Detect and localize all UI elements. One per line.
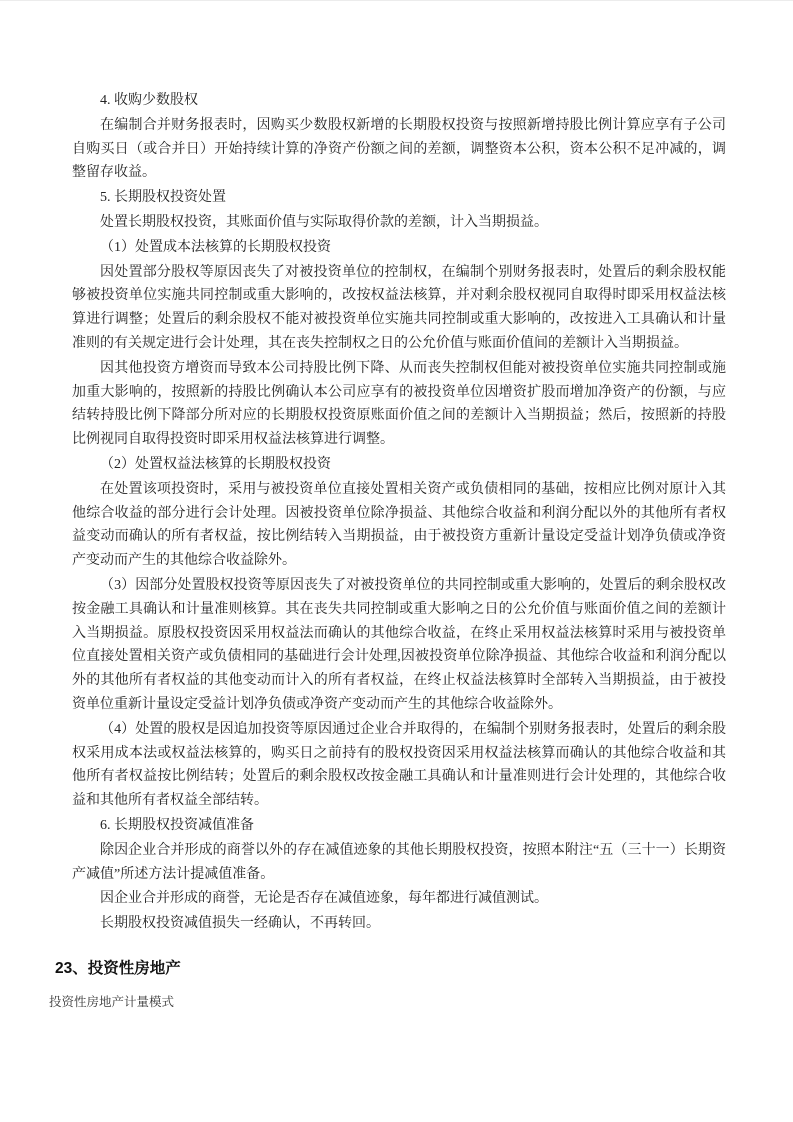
para-impairment-no-reversal: 长期股权投资减值损失一经确认，不再转回。 — [72, 912, 726, 936]
para-disposal-general: 处置长期股权投资，其账面价值与实际取得价款的差额，计入当期损益。 — [72, 211, 726, 235]
heading-lt-equity-disposal: 5. 长期股权投资处置 — [72, 186, 726, 210]
section-23-investment-property-heading: 23、投资性房地产 — [55, 957, 726, 981]
para-partial-disposal-loss-of-influence: （3）因部分处置股权投资等原因丧失了对被投资单位的共同控制或重大影响的，处置后的… — [72, 574, 726, 717]
para-equity-method-disposal: 在处置该项投资时，采用与被投资单位直接处置相关资产或负债相同的基础，按相应比例对… — [72, 478, 726, 573]
para-minority-equity-accounting: 在编制合并财务报表时，因购买少数股权新增的长期股权投资与按照新增持股比例计算应享… — [72, 114, 726, 185]
heading-equity-method-disposal: （2）处置权益法核算的长期股权投资 — [72, 453, 726, 477]
para-impairment-method: 除因企业合并形成的商誉以外的存在减值迹象的其他长期股权投资，按照本附注“五（三十… — [72, 839, 726, 887]
para-cost-method-disposal-2: 因其他投资方增资而导致本公司持股比例下降、从而丧失控制权但能对被投资单位实施共同… — [72, 357, 726, 452]
heading-acquire-minority-equity: 4. 收购少数股权 — [72, 89, 726, 113]
investment-property-measurement-model-label: 投资性房地产计量模式 — [49, 993, 726, 1011]
para-cost-method-disposal-1: 因处置部分股权等原因丧失了对被投资单位的控制权，在编制个别财务报表时，处置后的剩… — [72, 261, 726, 356]
heading-cost-method-disposal: （1）处置成本法核算的长期股权投资 — [72, 236, 726, 260]
para-goodwill-impairment-test: 因企业合并形成的商誉，无论是否存在减值迹象，每年都进行减值测试。 — [72, 887, 726, 911]
heading-impairment-provision: 6. 长期股权投资减值准备 — [72, 814, 726, 838]
para-disposal-via-business-combination: （4）处置的股权是因追加投资等原因通过企业合并取得的，在编制个别财务报表时，处置… — [72, 718, 726, 813]
document-page: 4. 收购少数股权 在编制合并财务报表时，因购买少数股权新增的长期股权投资与按照… — [0, 0, 793, 1122]
